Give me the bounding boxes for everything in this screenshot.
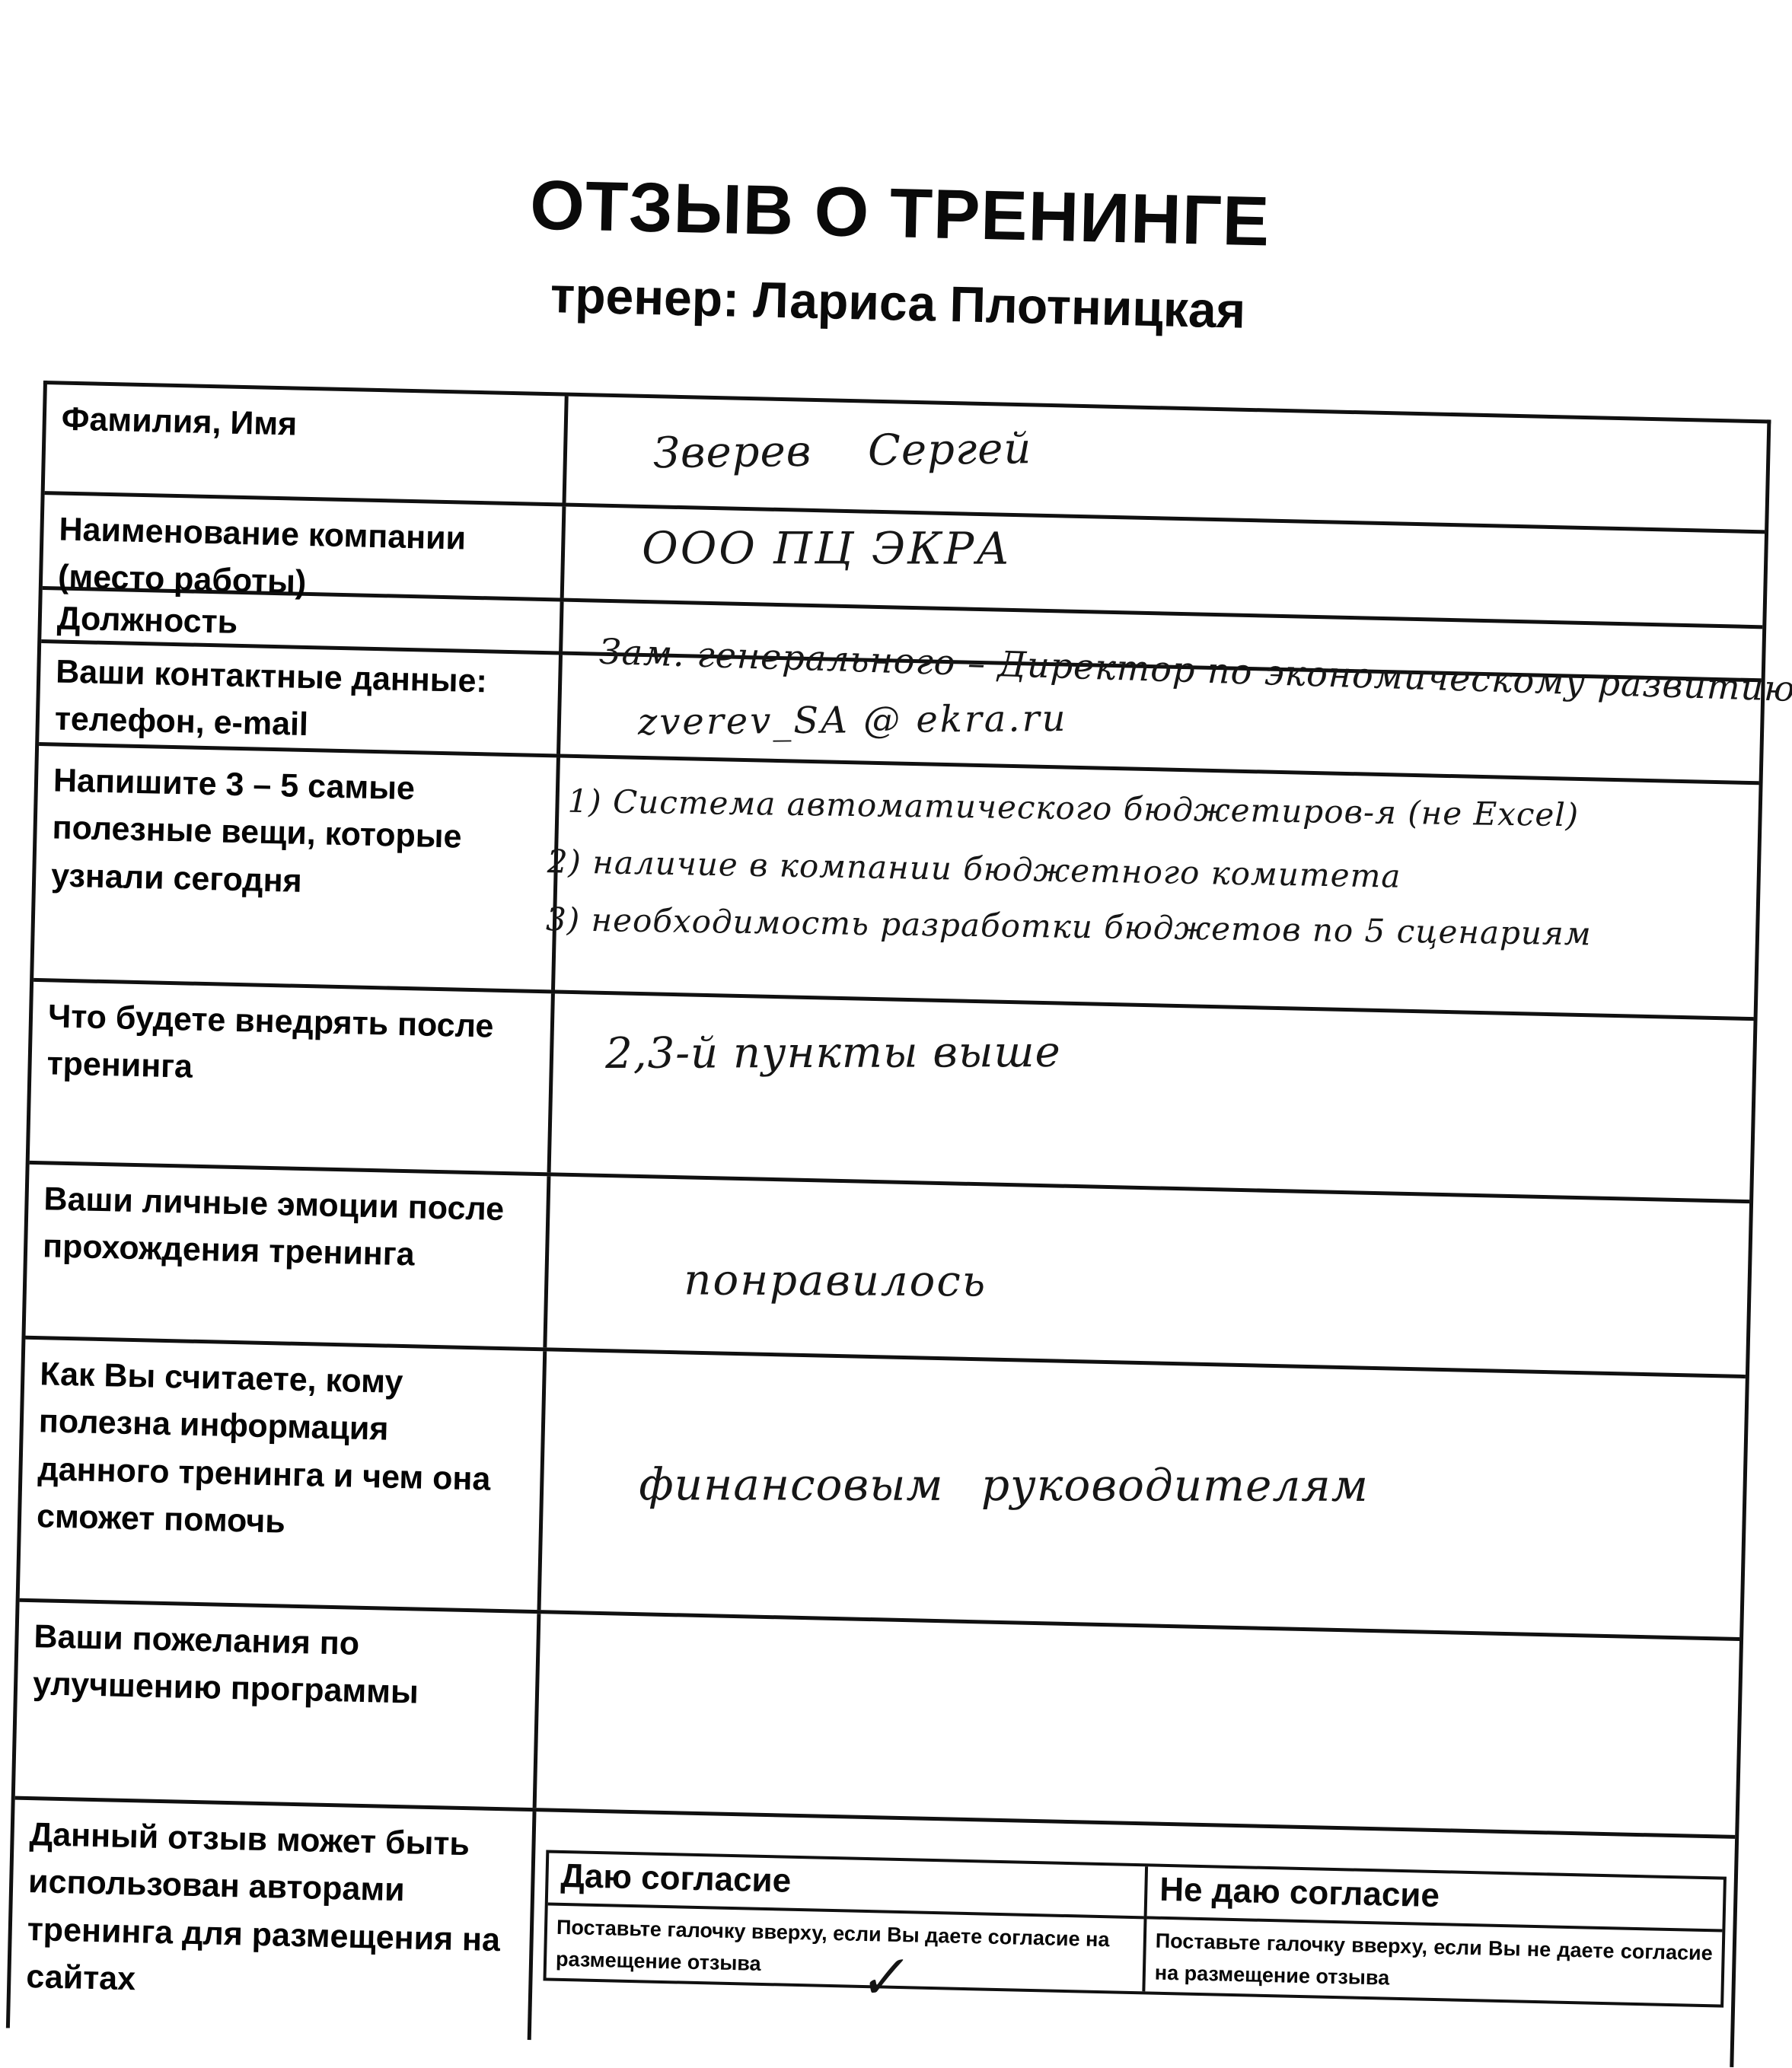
- row-label-useful-things: Напишите 3 – 5 самые полезные вещи, кото…: [33, 746, 560, 989]
- table-row: Ваши пожелания по улучшению программы: [15, 1602, 1739, 1839]
- row-label-implement: Что будете внедрять после тренинга: [30, 982, 555, 1172]
- consent-table: Даю согласие Поставьте галочку вверху, е…: [543, 1850, 1727, 1984]
- consent-checkmark: ✓: [853, 1931, 909, 1984]
- row-label-publish-consent: Данный отзыв может быть использован авто…: [10, 1800, 537, 1984]
- handwritten-emotions: понравилось: [684, 1255, 987, 1306]
- row-label-contacts: Ваши контактные данные: телефон, e-mail: [39, 643, 563, 754]
- handwritten-company: ООО ПЦ ЭКРА: [642, 522, 1012, 575]
- handwritten-email: zverev_SA @ ekra.ru: [638, 697, 1068, 744]
- consent-agree-instruction-text: Поставьте галочку вверху, если Вы даете …: [556, 1916, 1110, 1975]
- row-label-suggestions: Ваши пожелания по улучшению программы: [15, 1602, 541, 1808]
- consent-agree-column: Даю согласие Поставьте галочку вверху, е…: [547, 1853, 1148, 1984]
- row-label-audience: Как Вы считаете, кому полезна информация…: [20, 1340, 547, 1610]
- feedback-table: Фамилия, Имя Наименование компании (мест…: [6, 381, 1771, 1984]
- row-label-company: Наименование компании (место работы): [43, 495, 566, 598]
- scanned-feedback-form: ОТЗЫВ О ТРЕНИНГЕ тренер: Лариса Плотницк…: [0, 0, 1792, 1984]
- consent-agree-instruction: Поставьте галочку вверху, если Вы даете …: [546, 1905, 1143, 1984]
- trainer-subtitle: тренер: Лариса Плотницкая: [2, 253, 1792, 352]
- row-label-emotions: Ваши личные эмоции после прохождения тре…: [26, 1165, 551, 1347]
- handwritten-implement: 2,3-й пункты выше: [605, 1028, 1061, 1079]
- row-label-name: Фамилия, Имя: [45, 384, 569, 503]
- handwritten-audience: финансовым руководителям: [639, 1458, 1369, 1512]
- form-header: ОТЗЫВ О ТРЕНИНГЕ тренер: Лариса Плотницк…: [2, 155, 1792, 352]
- handwritten-name: Зверев Сергей: [653, 424, 1032, 478]
- row-value-publish-consent-area: Даю согласие Поставьте галочку вверху, е…: [531, 1811, 1735, 1984]
- row-value-suggestions-area: [537, 1614, 1739, 1835]
- page-title: ОТЗЫВ О ТРЕНИНГЕ: [3, 155, 1792, 273]
- row-value-implement-area: [551, 993, 1754, 1200]
- consent-decline-column: Не даю согласие Поставьте галочку вверху…: [1145, 1866, 1723, 1984]
